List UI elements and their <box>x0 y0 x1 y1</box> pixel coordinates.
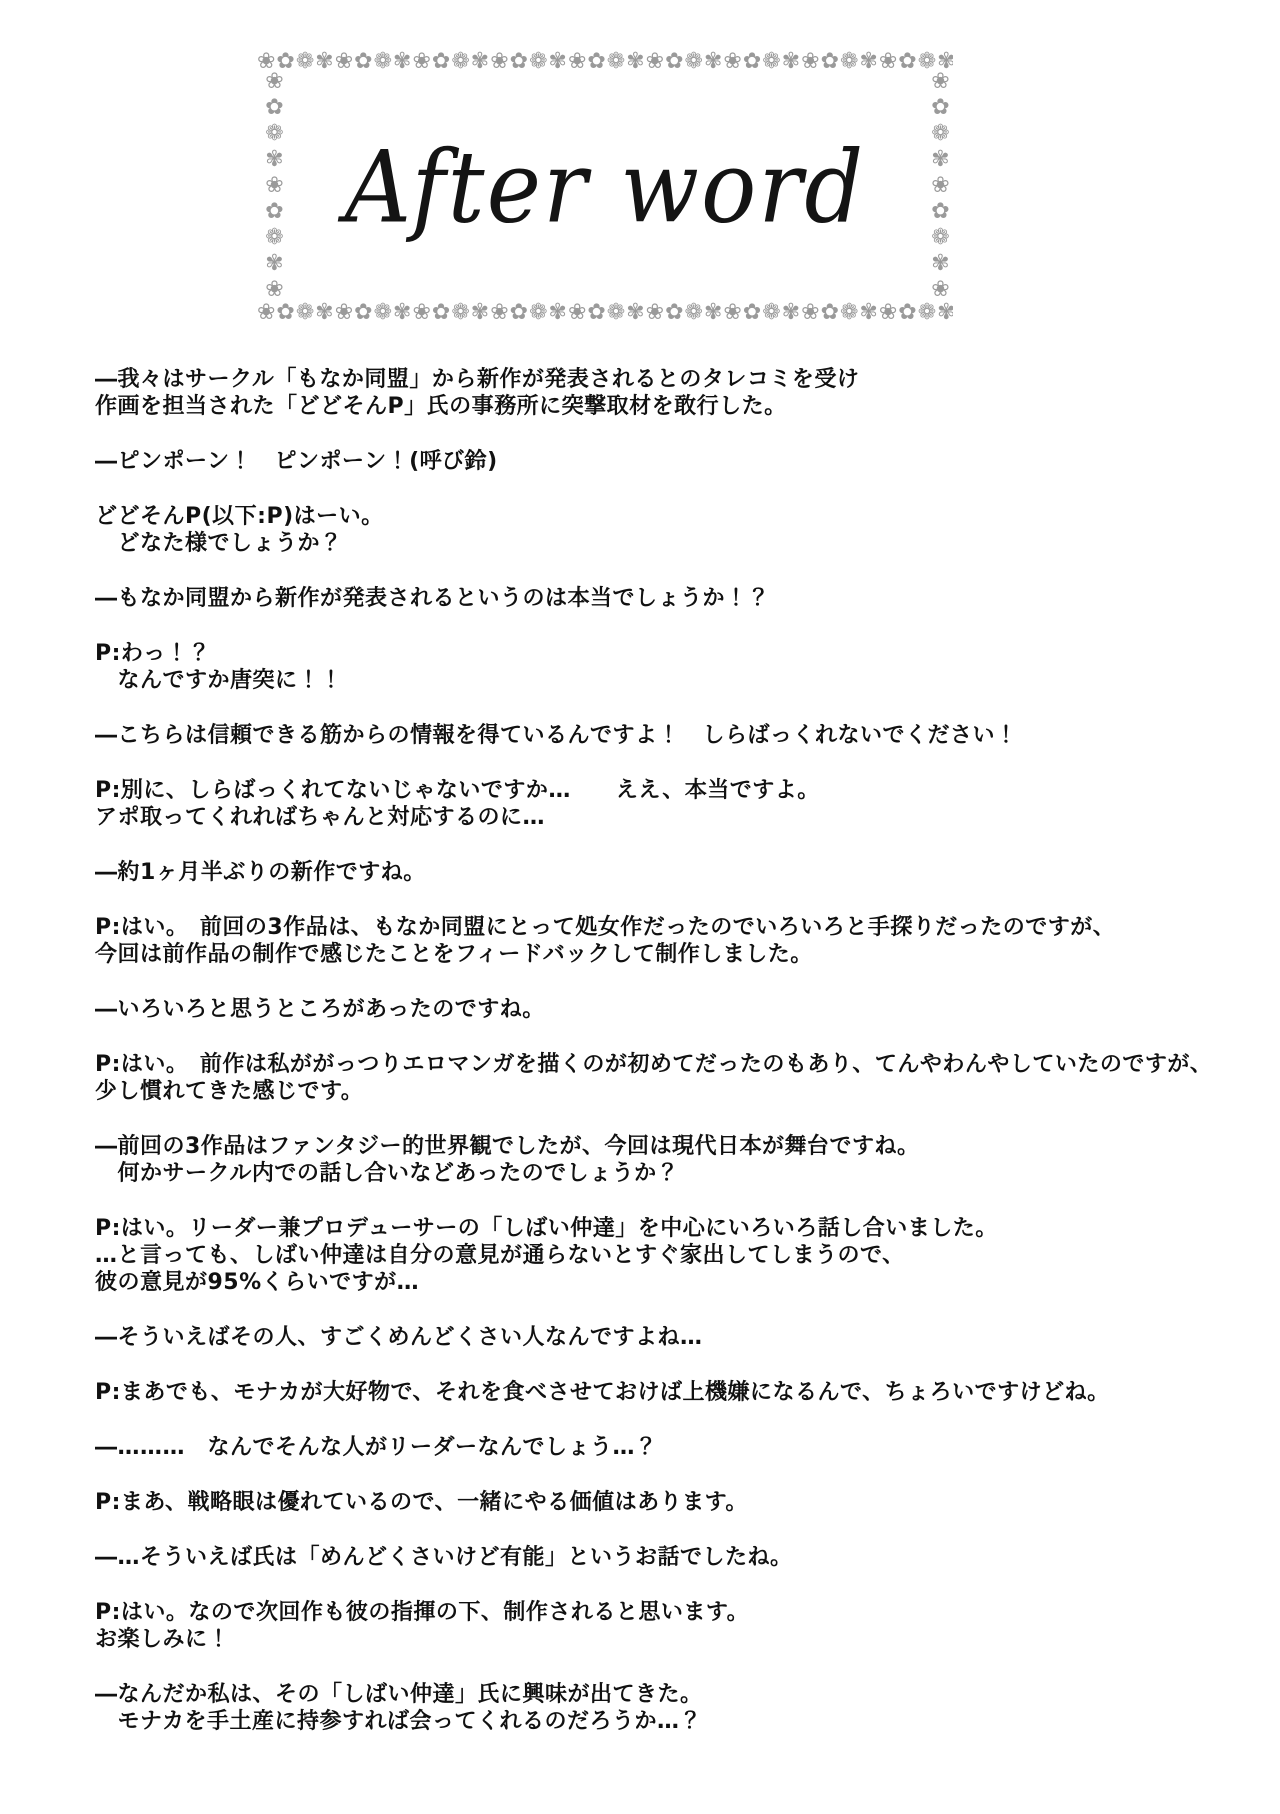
interviewer-paragraph: ―我々はサークル「もなか同盟」から新作が発表されるとのタレコミを受け 作画を担当… <box>95 366 1235 420</box>
dodoson-p-paragraph: どどそんP(以下:P)はーい。 どなた様でしょうか？ <box>95 503 1235 557</box>
text-line: お楽しみに！ <box>95 1626 1235 1653</box>
text-line: 作画を担当された「どどそんP」氏の事務所に突撃取材を敢行した。 <box>95 393 1235 420</box>
text-line: P:わっ！？ <box>95 640 1235 667</box>
text-line: ―我々はサークル「もなか同盟」から新作が発表されるとのタレコミを受け <box>95 366 1235 393</box>
afterword-body: ―我々はサークル「もなか同盟」から新作が発表されるとのタレコミを受け 作画を担当… <box>95 366 1235 1763</box>
text-line: P:はい。なので次回作も彼の指揮の下、制作されると思います。 <box>95 1599 1235 1626</box>
interviewer-paragraph: ―なんだか私は、その「しばい仲達」氏に興味が出てきた。 モナカを手土産に持参すれ… <box>95 1681 1235 1735</box>
text-line: どなた様でしょうか？ <box>95 530 1235 557</box>
text-line: P:はい。 前作は私ががっつりエロマンガを描くのが初めてだったのもあり、てんやわ… <box>95 1051 1235 1078</box>
text-line: P:まあ、戦略眼は優れているので、一緒にやる価値はあります。 <box>95 1489 1235 1516</box>
text-line: ―……… なんでそんな人がリーダーなんでしょう…？ <box>95 1434 1235 1461</box>
interviewer-paragraph: ―そういえばその人、すごくめんどくさい人なんですよね… <box>95 1324 1235 1351</box>
dodoson-p-paragraph: P:はい。リーダー兼プロデューサーの「しばい仲達」を中心にいろいろ話し合いました… <box>95 1215 1235 1296</box>
text-line: アポ取ってくれればちゃんと対応するのに… <box>95 804 1235 831</box>
text-line: ―そういえばその人、すごくめんどくさい人なんですよね… <box>95 1324 1235 1351</box>
text-line: P:まあでも、モナカが大好物で、それを食べさせておけば上機嫌になるんで、ちょろい… <box>95 1379 1235 1406</box>
floral-border-right-icon: ❀✿❁✾❀✿❁✾❀✿❁✾ <box>925 69 951 306</box>
text-line: ―前回の3作品はファンタジー的世界観でしたが、今回は現代日本が舞台ですね。 <box>95 1133 1235 1160</box>
dodoson-p-paragraph: P:まあでも、モナカが大好物で、それを食べさせておけば上機嫌になるんで、ちょろい… <box>95 1379 1235 1406</box>
text-line: 何かサークル内での話し合いなどあったのでしょうか？ <box>95 1160 1235 1187</box>
text-line: ―…そういえば氏は「めんどくさいけど有能」というお話でしたね。 <box>95 1544 1235 1571</box>
text-line: P:はい。 前回の3作品は、もなか同盟にとって処女作だったのでいろいろと手探りだ… <box>95 914 1235 941</box>
interviewer-paragraph: ―こちらは信頼できる筋からの情報を得ているんですよ！ しらばっくれないでください… <box>95 722 1235 749</box>
text-line: どどそんP(以下:P)はーい。 <box>95 503 1235 530</box>
interviewer-paragraph: ―いろいろと思うところがあったのですね。 <box>95 996 1235 1023</box>
text-line: ―もなか同盟から新作が発表されるというのは本当でしょうか！？ <box>95 585 1235 612</box>
title-frame: ❀✿❁✾❀✿❁✾❀✿❁✾❀✿❁✾❀✿❁✾❀✿❁✾❀✿❁✾❀✿❁✾❀✿❁✾ ❀✿❁… <box>265 55 945 320</box>
floral-border-left-icon: ❀✿❁✾❀✿❁✾❀✿❁✾ <box>259 69 285 306</box>
text-line: モナカを手土産に持参すれば会ってくれるのだろうか…？ <box>95 1708 1235 1735</box>
text-line: 彼の意見が95%くらいですが… <box>95 1269 1235 1296</box>
text-line: ―約1ヶ月半ぶりの新作ですね。 <box>95 859 1235 886</box>
afterword-page: ❀✿❁✾❀✿❁✾❀✿❁✾❀✿❁✾❀✿❁✾❀✿❁✾❀✿❁✾❀✿❁✾❀✿❁✾ ❀✿❁… <box>0 0 1280 1814</box>
title-inner: After word <box>291 81 919 294</box>
floral-border-top-icon: ❀✿❁✾❀✿❁✾❀✿❁✾❀✿❁✾❀✿❁✾❀✿❁✾❀✿❁✾❀✿❁✾❀✿❁✾ <box>257 51 953 77</box>
interviewer-paragraph: ―約1ヶ月半ぶりの新作ですね。 <box>95 859 1235 886</box>
dodoson-p-paragraph: P:はい。 前作は私ががっつりエロマンガを描くのが初めてだったのもあり、てんやわ… <box>95 1051 1235 1105</box>
interviewer-paragraph: ―前回の3作品はファンタジー的世界観でしたが、今回は現代日本が舞台ですね。 何か… <box>95 1133 1235 1187</box>
interviewer-paragraph: ―……… なんでそんな人がリーダーなんでしょう…？ <box>95 1434 1235 1461</box>
text-line: 今回は前作品の制作で感じたことをフィードバックして制作しました。 <box>95 941 1235 968</box>
dodoson-p-paragraph: P:別に、しらばっくれてないじゃないですか… ええ、本当ですよ。 アポ取ってくれ… <box>95 777 1235 831</box>
text-line: なんですか唐突に！！ <box>95 667 1235 694</box>
text-line: 少し慣れてきた感じです。 <box>95 1078 1235 1105</box>
floral-border-bottom-icon: ❀✿❁✾❀✿❁✾❀✿❁✾❀✿❁✾❀✿❁✾❀✿❁✾❀✿❁✾❀✿❁✾❀✿❁✾ <box>257 302 953 328</box>
text-line: …と言っても、しばい仲達は自分の意見が通らないとすぐ家出してしまうので、 <box>95 1242 1235 1269</box>
interviewer-paragraph: ―ピンポーン！ ピンポーン！(呼び鈴) <box>95 448 1235 475</box>
interviewer-paragraph: ―…そういえば氏は「めんどくさいけど有能」というお話でしたね。 <box>95 1544 1235 1571</box>
page-title: After word <box>345 130 866 246</box>
dodoson-p-paragraph: P:わっ！？ なんですか唐突に！！ <box>95 640 1235 694</box>
dodoson-p-paragraph: P:はい。 前回の3作品は、もなか同盟にとって処女作だったのでいろいろと手探りだ… <box>95 914 1235 968</box>
text-line: ―なんだか私は、その「しばい仲達」氏に興味が出てきた。 <box>95 1681 1235 1708</box>
text-line: ―こちらは信頼できる筋からの情報を得ているんですよ！ しらばっくれないでください… <box>95 722 1235 749</box>
text-line: ―いろいろと思うところがあったのですね。 <box>95 996 1235 1023</box>
text-line: P:別に、しらばっくれてないじゃないですか… ええ、本当ですよ。 <box>95 777 1235 804</box>
dodoson-p-paragraph: P:はい。なので次回作も彼の指揮の下、制作されると思います。 お楽しみに！ <box>95 1599 1235 1653</box>
dodoson-p-paragraph: P:まあ、戦略眼は優れているので、一緒にやる価値はあります。 <box>95 1489 1235 1516</box>
text-line: ―ピンポーン！ ピンポーン！(呼び鈴) <box>95 448 1235 475</box>
text-line: P:はい。リーダー兼プロデューサーの「しばい仲達」を中心にいろいろ話し合いました… <box>95 1215 1235 1242</box>
interviewer-paragraph: ―もなか同盟から新作が発表されるというのは本当でしょうか！？ <box>95 585 1235 612</box>
